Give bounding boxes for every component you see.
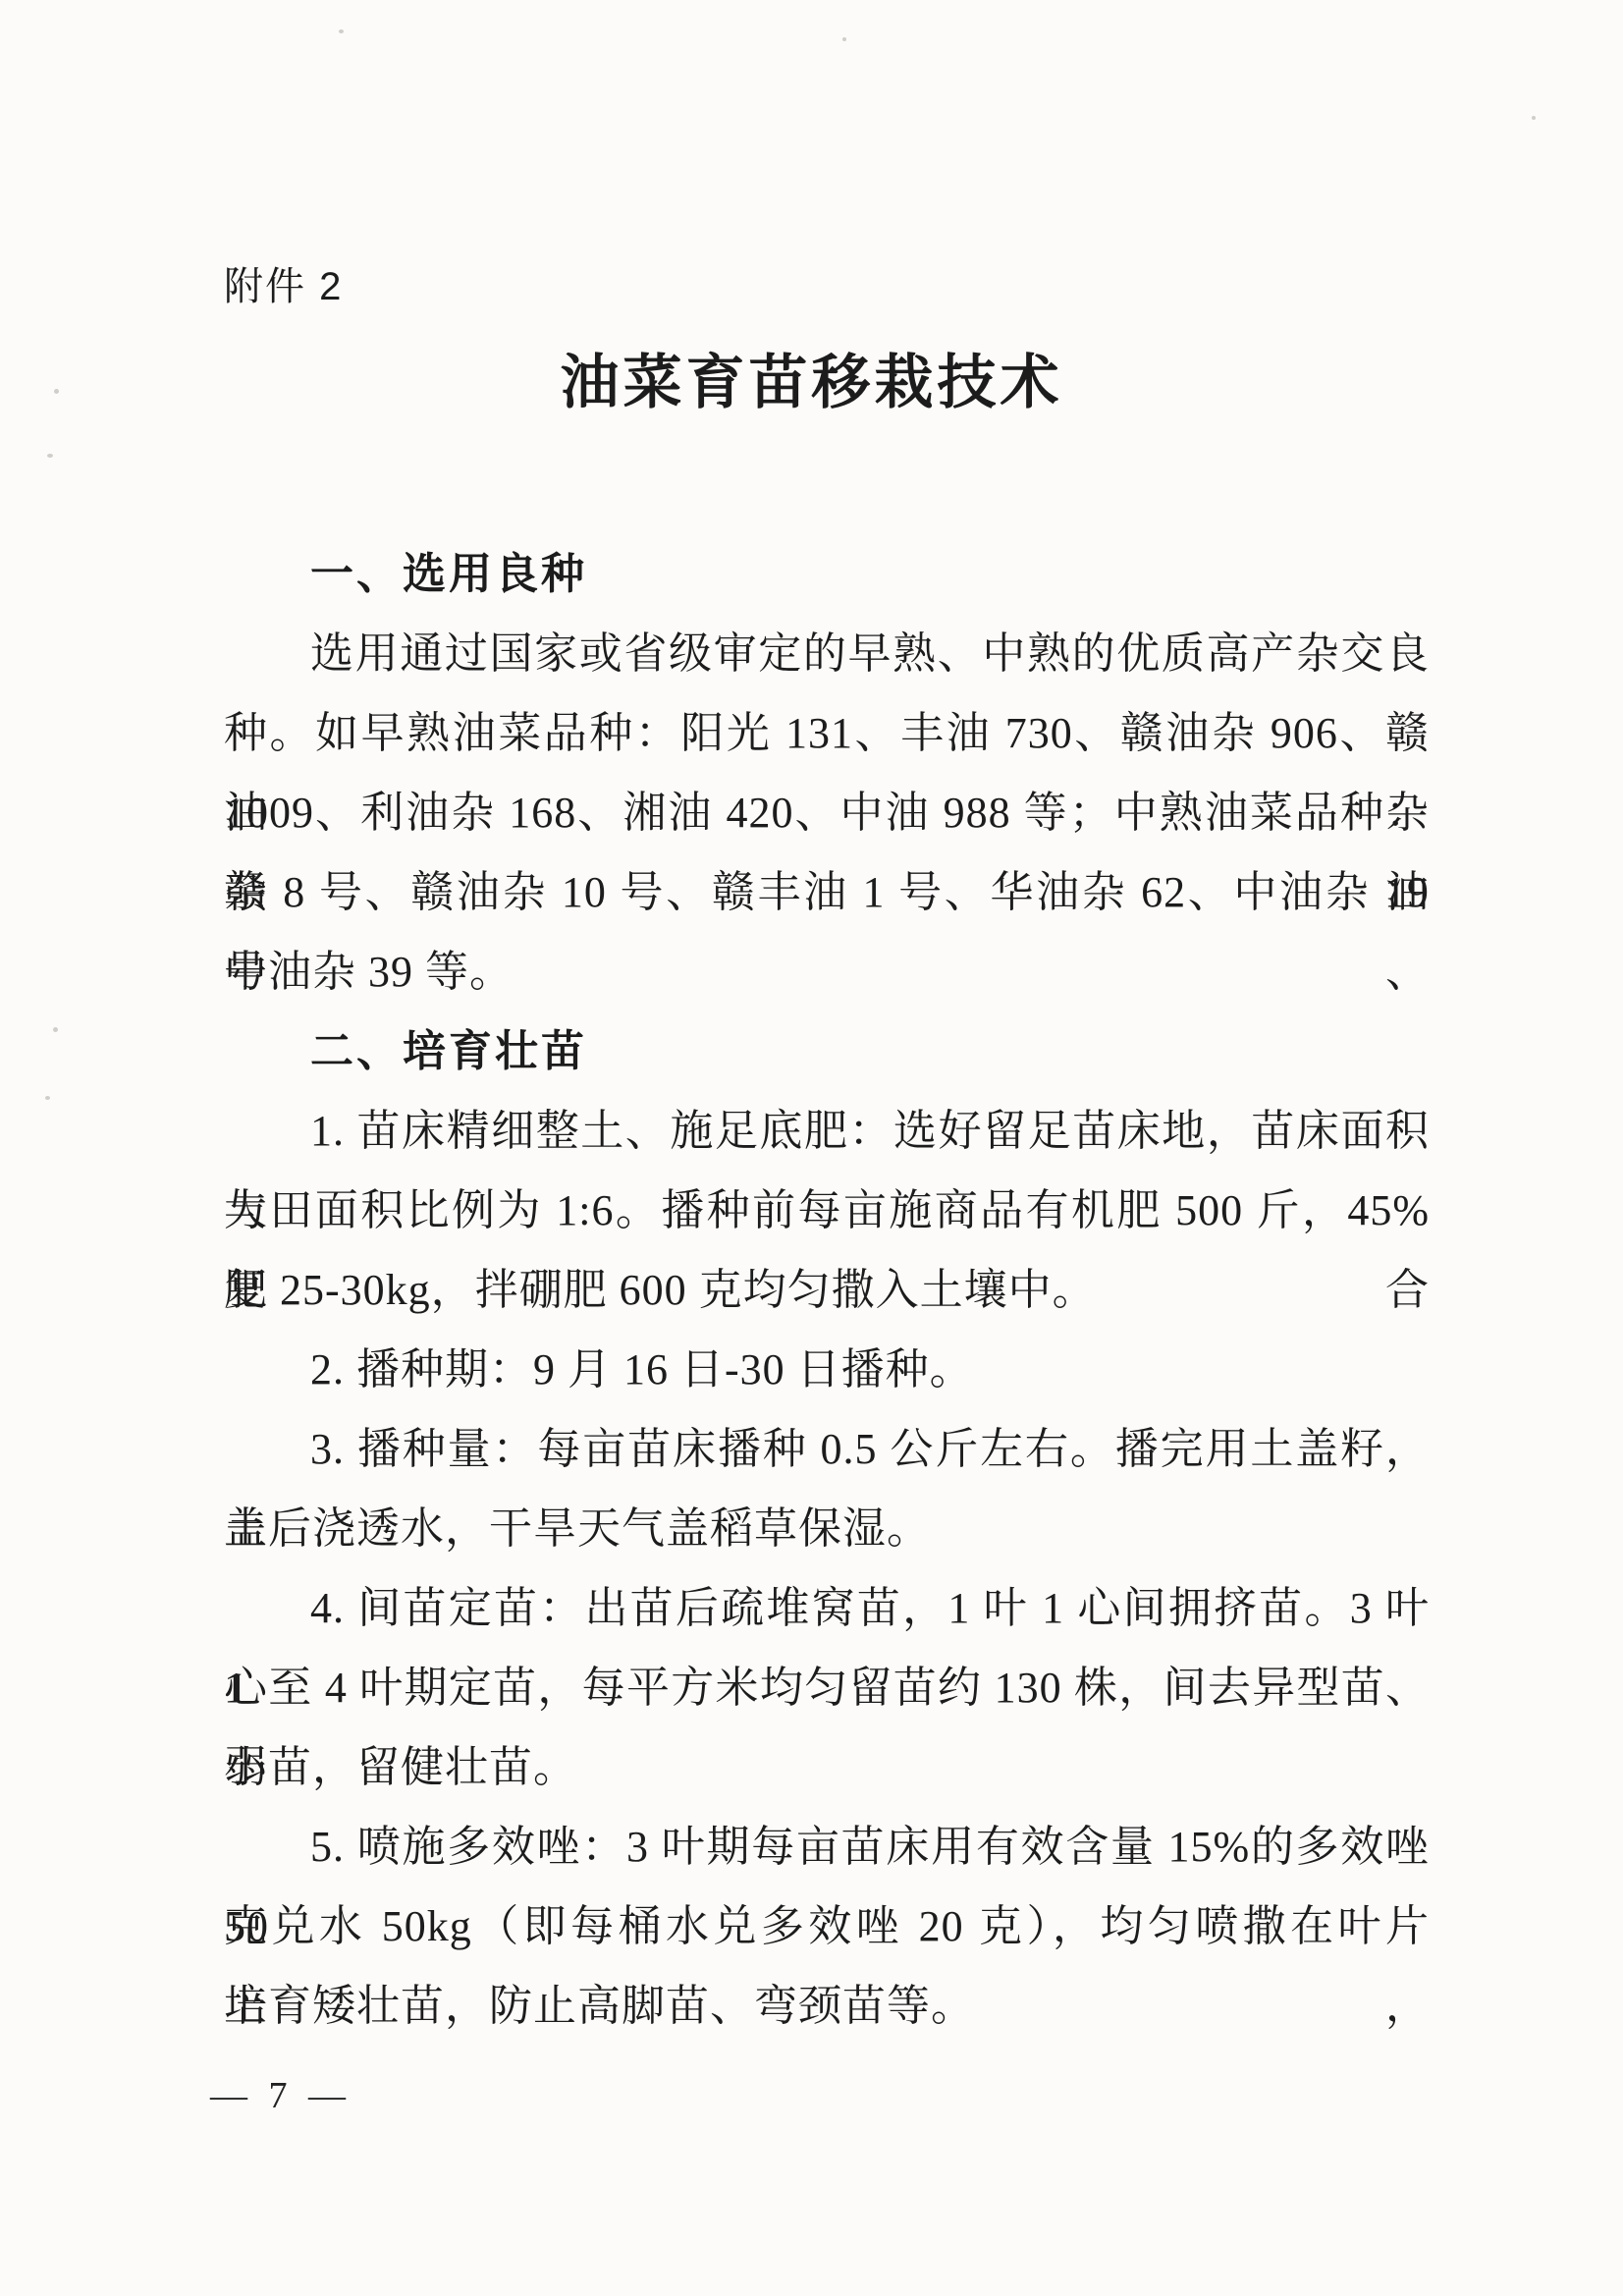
- paragraph-line: 3. 播种量：每亩苗床播种 0.5 公斤左右。播完用土盖籽，盖: [224, 1409, 1430, 1489]
- paragraph-line: 选用通过国家或省级审定的早熟、中熟的优质高产杂交良: [224, 614, 1430, 693]
- page-number: — 7 —: [210, 2074, 352, 2117]
- paragraph-line: 土后浇透水，干旱天气盖稻草保湿。: [224, 1489, 1430, 1568]
- paragraph-line: 克兑水 50kg（即每桶水兑多效唑 20 克），均匀喷撒在叶片上，: [224, 1886, 1430, 1966]
- paragraph-line: 大田面积比例为 1:6。播种前每亩施商品有机肥 500 斤，45%复合: [224, 1171, 1430, 1250]
- document-title: 油菜育苗移栽技术: [0, 336, 1623, 420]
- paragraph-line: 种。如早熟油菜品种：阳光 131、丰油 730、赣油杂 906、赣油杂: [224, 693, 1430, 773]
- paragraph-line: 4. 间苗定苗：出苗后疏堆窝苗，1 叶 1 心间拥挤苗。3 叶 1: [224, 1568, 1430, 1648]
- document-body: 一、选用良种 选用通过国家或省级审定的早熟、中熟的优质高产杂交良 种。如早熟油菜…: [224, 534, 1430, 2046]
- paragraph-line: 5. 喷施多效唑：3 叶期每亩苗床用有效含量 15%的多效唑 50: [224, 1807, 1430, 1886]
- paragraph-line: 心至 4 叶期定苗，每平方米均匀留苗约 130 株，间去异型苗、弱: [224, 1648, 1430, 1727]
- scan-speck: [45, 1096, 50, 1100]
- section-1-heading: 一、选用良种: [224, 534, 1430, 614]
- paragraph-line: 杂 8 号、赣油杂 10 号、赣丰油 1 号、华油杂 62、中油杂 19 号、: [224, 852, 1430, 932]
- paragraph-line: 2. 播种期：9 月 16 日-30 日播种。: [224, 1330, 1430, 1409]
- scan-speck: [842, 37, 846, 41]
- scan-speck: [53, 1027, 58, 1032]
- scan-speck: [339, 29, 344, 33]
- paragraph-line: 小苗，留健壮苗。: [224, 1727, 1430, 1807]
- scan-speck: [54, 389, 59, 394]
- attachment-label: 附件 2: [224, 263, 343, 310]
- paragraph-line: 1009、利油杂 168、湘油 420、中油 988 等；中熟油菜品种：赣油: [224, 773, 1430, 852]
- scan-speck: [47, 454, 53, 458]
- section-2-heading: 二、培育壮苗: [224, 1011, 1430, 1091]
- scan-speck: [1532, 116, 1536, 120]
- scanned-document-page: 附件 2 油菜育苗移栽技术 一、选用良种 选用通过国家或省级审定的早熟、中熟的优…: [0, 0, 1623, 2296]
- paragraph-line: 1. 苗床精细整土、施足底肥：选好留足苗床地，苗床面积与: [224, 1091, 1430, 1171]
